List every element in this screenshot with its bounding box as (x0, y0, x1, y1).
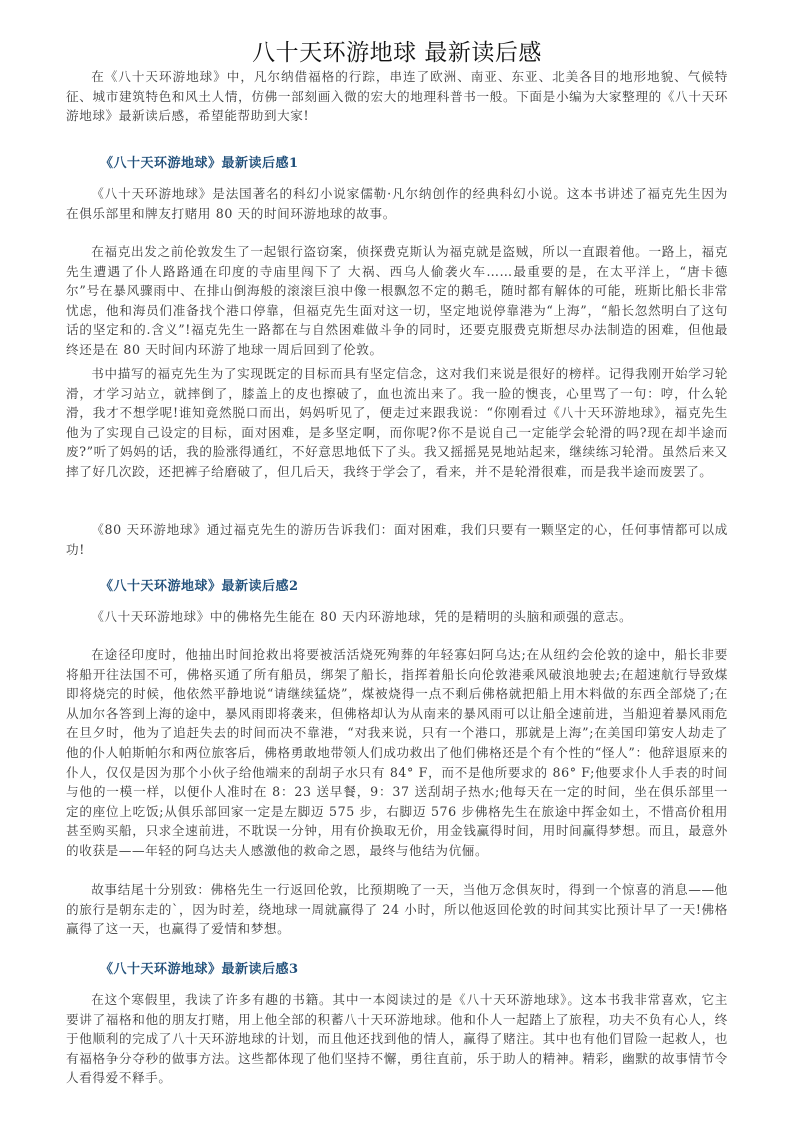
paragraph: 《80 天环游地球》通过福克先生的游历告诉我们：面对困难，我们只要有一颗坚定的心… (66, 520, 728, 559)
section-heading-2: 《八十天环游地球》最新读后感2 (100, 575, 299, 594)
intro-paragraph: 在《八十天环游地球》中，凡尔纳借福格的行踪，串连了欧洲、南亚、东亚、北美各目的地… (66, 67, 728, 126)
page-title: 八十天环游地球 最新读后感 (0, 34, 794, 67)
section-heading-3: 《八十天环游地球》最新读后感3 (100, 958, 299, 977)
paragraph: 在福克出发之前伦敦发生了一起银行盗窃案，侦探费克斯认为福克就是盗贼，所以一直跟着… (66, 242, 728, 360)
section-heading-1: 《八十天环游地球》最新读后感1 (100, 152, 299, 171)
paragraph: 《八十天环游地球》中的佛格先生能在 80 天内环游地球，凭的是精明的头脑和顽强的… (66, 607, 728, 627)
document-page: 八十天环游地球 最新读后感 在《八十天环游地球》中，凡尔纳借福格的行踪，串连了欧… (0, 0, 794, 1123)
paragraph: 书中描写的福克先生为了实现既定的目标而具有坚定信念，这对我们来说是很好的榜样。记… (66, 364, 728, 482)
paragraph: 在这个寒假里，我读了许多有趣的书籍。其中一本阅读过的是《八十天环游地球》。这本书… (66, 990, 728, 1088)
paragraph: 故事结尾十分别致：佛格先生一行返回伦敦，比预期晚了一天，当他万念俱灰时，得到一个… (66, 880, 728, 939)
paragraph: 《八十天环游地球》是法国著名的科幻小说家儒勒·凡尔纳创作的经典科幻小说。这本书讲… (66, 184, 728, 223)
paragraph: 在途径印度时，他抽出时间抢救出将要被活活烧死殉葬的年轻寡妇阿乌达;在从纽约会伦敦… (66, 645, 728, 861)
